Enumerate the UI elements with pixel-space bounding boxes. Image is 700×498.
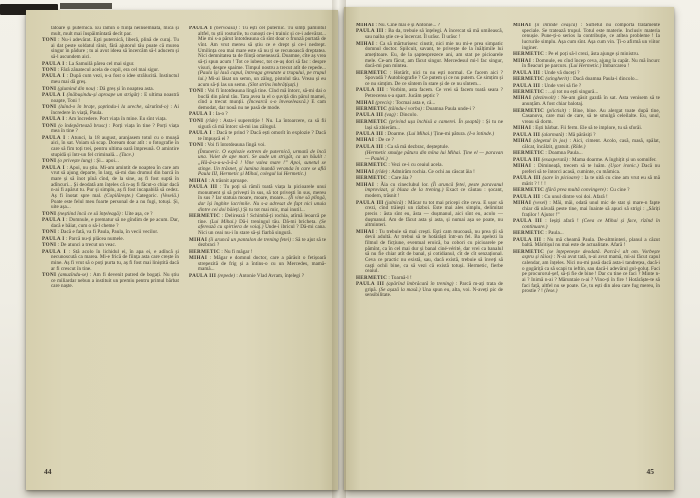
speech: PAULA I : După cum vezi, n-a fost o idee… [42, 74, 179, 85]
speaker-name: MIHAI [189, 178, 207, 184]
speaker-name: PAULA III [513, 132, 540, 138]
speaker-name: MIHAI [356, 23, 374, 28]
open-book-scan: tătoare și puternică. Eu rămîn o ființă … [0, 0, 700, 498]
stage-direction-inline: (amuzîndu-se) [58, 272, 88, 278]
speaker-name: PAULA III [356, 131, 383, 137]
speaker-name: MIHAI [513, 95, 531, 101]
speaker-name: MIHAI [356, 100, 374, 106]
book-page-left: tătoare și puternică. Eu rămîn o ființă … [26, 10, 338, 490]
speaker-name: PAULA I [42, 61, 65, 67]
stage-direction-inline: (vesel) [533, 200, 547, 206]
speaker-name: PAULA I [42, 217, 65, 223]
speaker-name: PAULA III [356, 200, 384, 206]
speaker-name: PAULA I [42, 116, 65, 122]
speech: MIHAI : Măgar e domnul doctor, care a pă… [189, 256, 326, 273]
speech: PAULA III (sare în picioare) : Ia te uit… [513, 176, 660, 187]
speaker-name: PAULA I [189, 111, 212, 117]
speaker-name: HERMETIC [513, 230, 544, 236]
speech: MIHAI : Ăia cu cineclubul lor. (Îi arunc… [356, 183, 503, 200]
stage-direction-inline: (nervoasă) [214, 26, 237, 31]
speech: PAULA III (apărînd îmbrăcată în trening)… [356, 282, 503, 299]
speech: PAULA I : Atunci, la 18 august, aranjase… [42, 136, 179, 159]
stage-direction-inline: (vag) [385, 112, 396, 118]
speech: HERMETIC (plictisit) : Bine, bine. Au al… [513, 109, 660, 126]
speech: MIHAI : Domnule, eu cînd încep ceva, aju… [513, 59, 660, 70]
speaker-name: HERMETIC [513, 187, 544, 193]
speaker-name: TONI [42, 123, 56, 129]
stage-direction-inline: (degetul în jos) [534, 138, 568, 144]
speech-continuation: tătoare și puternică. Eu rămîn o ființă … [42, 26, 179, 37]
stage-direction-inline: (dezinvolt) [533, 95, 555, 101]
scan-edge-artifact [60, 3, 112, 9]
speaker-name: PAULA III [356, 28, 384, 34]
stage-direction-inline: (glumind din nou) [58, 86, 96, 92]
speaker-name: MIHAI [356, 229, 374, 235]
speaker-name: HERMETIC [513, 51, 544, 57]
speaker-name: PAULA III [513, 175, 541, 181]
speaker-name: PAULA III [513, 83, 540, 89]
speaker-name: HERMETIC [356, 175, 387, 181]
speech: PAULA III (repede) : Antonie Vlad Avram,… [189, 274, 326, 280]
speech: PAULA I : Dacă te prind ? Dacă ești omor… [189, 131, 326, 142]
speech: MIHAI (îi întinde ceașca) : Sufletul nu … [513, 23, 660, 51]
speech: MIHAI (dezinvolt) : Ne-am găsit gazdă în… [513, 96, 660, 107]
speech: MIHAI (îi aruncă un pantalon de trening … [189, 238, 326, 249]
speech: PAULA I : Stă acolo în lichidul ei, în a… [42, 250, 179, 273]
speech: PAULA III : Ieșiți afară ! (Ceea ce Miha… [513, 219, 660, 230]
speaker-name: HERMETIC [513, 150, 544, 156]
stage-direction-inline: (îi întinde ceașca) [535, 23, 577, 28]
speaker-name: PAULA III [356, 112, 383, 118]
speech: MIHAI (degetul în jos) : Aici, ciment. A… [513, 139, 660, 150]
speech: MIHAI : Dimineață, trecem să te luăm. (U… [513, 164, 660, 175]
stage-direction: (Întuneric. O explozie extrem de puterni… [189, 150, 326, 178]
speaker-name: PAULA I [42, 236, 65, 242]
speaker-name: MIHAI [189, 237, 207, 243]
stage-direction-inline: (exasperată) [542, 157, 568, 163]
speaker-name: MIHAI [513, 138, 531, 144]
speaker-name: MIHAI [356, 137, 374, 143]
speech: PAULA III : Ba da, trebuie să înțelegi. … [356, 29, 503, 40]
speaker-name: PAULA I [189, 130, 212, 136]
page-columns: MIHAI : Nu. Cine mai e și Antonie... ?PA… [344, 7, 674, 467]
speech: HERMETIC (se înțepenește deodată. Parcă-… [513, 250, 660, 295]
speaker-name: HERMETIC [513, 76, 544, 82]
speaker-name: HERMETIC [356, 70, 387, 76]
speech: PAULA I : Apoi, nu știu. Mi-am amintit d… [42, 166, 179, 211]
speech: PAULA III : Vorbim, asta facem. Ce vrei … [356, 88, 503, 99]
stage-direction-inline: (alarmată) [542, 132, 565, 138]
speech: MIHAI : Tu trebuie să mai crești. Ești c… [356, 230, 503, 275]
stage-direction-inline: (precis) [376, 100, 392, 106]
speaker-name: HERMETIC [189, 249, 220, 255]
text-column-4: MIHAI (îi întinde ceașca) : Sufletul nu … [513, 23, 660, 467]
speech: PAULA III : Nu mă cheamă Paula. De-altmi… [513, 238, 660, 249]
speaker-name: TONI [189, 88, 203, 94]
speech: HERMETIC : Hotărît, nici tu nu ești norm… [356, 71, 503, 88]
speaker-name: MIHAI [356, 169, 374, 175]
stage-direction-inline: (repede) [218, 273, 235, 279]
speaker-name: TONI [189, 118, 203, 124]
speaker-name: MIHAI [513, 125, 531, 131]
speech: HERMETIC : Pe el poți să-l crezi, ăsta a… [513, 52, 660, 58]
page-columns: tătoare și puternică. Eu rămîn o ființă … [26, 10, 338, 470]
stage-direction-inline: (sare în picioare) [542, 175, 579, 181]
speaker-name: PAULA III [356, 87, 384, 93]
speech: TONI (amuzîndu-se) : Am fi devenit putre… [42, 273, 179, 290]
stage-direction-inline: (plictisit) [547, 108, 566, 114]
speech: PAULA III (jalnică) : Măcar tu tot mai p… [356, 201, 503, 229]
speech: TONI : Nu-i adevărat. Ești puternică, li… [42, 38, 179, 61]
speaker-name: PAULA III [189, 184, 217, 190]
speaker-name: TONI [42, 37, 56, 43]
speaker-name: MIHAI [513, 200, 531, 206]
speaker-name: HERMETIC [356, 119, 387, 125]
speaker-name: PAULA III [189, 273, 216, 279]
speech: TONI (rîde) : Asta-i superstiție ! Nu. L… [189, 119, 326, 130]
stage-direction-inline: (jalnică) [385, 200, 403, 206]
speaker-name: PAULA I [42, 73, 65, 79]
stage-direction-inline: (îi aruncă un pantalon de trening fetei) [209, 237, 291, 243]
book-page-right: MIHAI : Nu. Cine mai e și Antonie... ?PA… [344, 7, 674, 490]
text-column-3: MIHAI : Nu. Cine mai e și Antonie... ?PA… [356, 23, 503, 467]
speaker-name: TONI [42, 158, 56, 164]
speaker-name: TONI [189, 142, 203, 148]
speaker-name: TONI [42, 229, 56, 235]
speaker-name: PAULA III [513, 237, 541, 243]
speech: TONI (o îndepărtează brusc) : Porți viaț… [42, 124, 179, 135]
speaker-name: MIHAI [513, 23, 531, 28]
speaker-name: PAULA I [42, 135, 65, 141]
stage-direction-inline: (înăbușindu-și aproape un strigăt) [67, 92, 140, 98]
speech: HERMETIC : Delirează ! Schimbă-ți rochia… [189, 214, 326, 237]
speaker-name: TONI [42, 272, 56, 278]
speech: PAULA I (înăbușindu-și aproape un strigă… [42, 93, 179, 104]
speaker-name: TONI [42, 211, 56, 217]
stage-direction-inline: (rîde) [376, 169, 388, 175]
speech: PAULA I : Domnule, e prematur să ne gînd… [42, 218, 179, 229]
speaker-name: HERMETIC [356, 275, 387, 281]
stage-direction: (Hermetic smulge pătura din mîna lui Mih… [356, 151, 503, 162]
speaker-name: PAULA I [42, 249, 66, 255]
speech: MIHAI : Ca să mărturisesc cinstit, nici … [356, 42, 503, 70]
speaker-name: TONI [42, 242, 56, 248]
speaker-name: PAULA I [42, 92, 65, 98]
speaker-name: PAULA I [42, 165, 65, 171]
speaker-name: PAULA III [356, 144, 383, 150]
text-column-1: tătoare și puternică. Eu rămîn o ființă … [42, 26, 179, 470]
speaker-name: PAULA III [513, 157, 540, 163]
speech: PAULA III : Tu poți să rămîi toată viața… [189, 185, 326, 213]
stage-direction-inline: (stingherit) [545, 76, 569, 82]
page-number-right: 45 [647, 467, 655, 476]
stage-direction-inline: (rîde) [206, 118, 218, 124]
stage-direction-inline: (fără prea multă convingere) [545, 187, 605, 193]
stage-direction-inline: (privind ușa închisă a camerei. În șoapt… [389, 119, 480, 125]
speaker-name: MIHAI [513, 163, 531, 169]
speech: MIHAI (vesel) : Măi, măi, odată unul mic… [513, 201, 660, 218]
speech: TONI : Voi fi întotdeauna lîngă tine. Cî… [189, 89, 326, 112]
speech: PAULA I (nervoasă) : Tu ești cel puterni… [189, 26, 326, 88]
stage-direction-inline: (neștiind încă ce să înțeleagă) [58, 211, 121, 217]
stage-direction-inline: (o privește lung) [58, 158, 93, 164]
text-column-2: PAULA I (nervoasă) : Tu ești cel puterni… [189, 26, 326, 470]
stage-direction-inline: (o îndepărtează brusc) [58, 123, 107, 129]
speaker-name: HERMETIC [513, 108, 544, 114]
speaker-name: PAULA III [513, 70, 540, 76]
speech: TONI (luînd-o în brațe, șoptindu-i la ur… [42, 105, 179, 116]
speaker-name: TONI [42, 86, 56, 92]
speaker-name: MIHAI [513, 58, 531, 64]
speaker-name: PAULA I [189, 26, 212, 31]
speaker-name: TONI [42, 104, 56, 110]
speaker-name: MIHAI [189, 255, 207, 261]
speaker-name: HERMETIC [356, 162, 387, 168]
speaker-name: MIHAI [356, 41, 374, 47]
speech: HERMETIC (privind ușa închisă a camerei.… [356, 120, 503, 131]
page-number-left: 44 [44, 467, 52, 476]
stage-direction-inline: (luînd-o în brațe, șoptindu-i la ureche,… [58, 104, 168, 110]
